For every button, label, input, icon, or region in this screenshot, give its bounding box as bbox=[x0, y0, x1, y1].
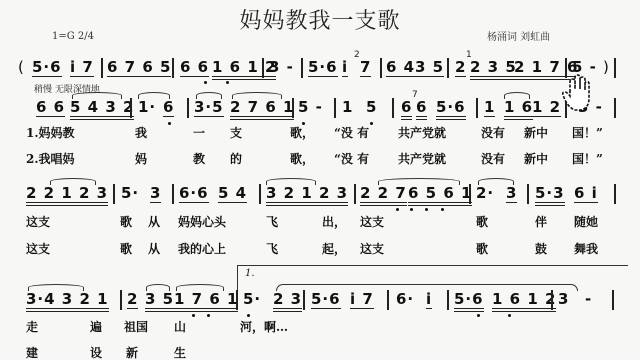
lyric: 歌， bbox=[290, 150, 314, 167]
lyric: 歌 bbox=[476, 240, 488, 257]
note-group: 2 bbox=[455, 58, 466, 77]
note-group: 5·6 bbox=[436, 98, 466, 120]
lyric: 随她 bbox=[574, 213, 598, 230]
lyric: 共产党就 bbox=[398, 150, 446, 167]
note: 3 bbox=[150, 184, 161, 203]
note: 5 bbox=[366, 98, 377, 116]
note-group: 5 - bbox=[298, 98, 323, 116]
close-paren: ) bbox=[603, 58, 610, 76]
lyric-line-v1: 1.妈妈教 bbox=[26, 124, 75, 141]
note-group: 5·6 bbox=[454, 290, 484, 312]
lyric: 2.我唱妈 bbox=[26, 150, 75, 167]
note-group: 2 3 5 bbox=[470, 58, 517, 80]
lyric: 起， bbox=[322, 240, 346, 257]
note-group: 5·3 bbox=[535, 184, 565, 206]
note-group: 3 2 1 2 3 bbox=[266, 184, 348, 206]
low-octave-dot bbox=[226, 81, 229, 84]
lyric: 这支 bbox=[26, 213, 50, 230]
note-group: 1 2 bbox=[532, 98, 561, 117]
low-octave-dot bbox=[425, 208, 428, 211]
note: 5· bbox=[121, 184, 139, 202]
note: 1 bbox=[342, 98, 353, 116]
barline bbox=[392, 98, 394, 118]
lyric: 新中 bbox=[524, 124, 548, 141]
low-octave-dot bbox=[247, 314, 250, 317]
barline bbox=[551, 290, 553, 310]
low-octave-dot bbox=[410, 208, 413, 211]
barline bbox=[101, 58, 103, 78]
barline bbox=[301, 58, 303, 78]
note: i bbox=[426, 290, 432, 309]
low-octave-dot bbox=[207, 314, 210, 317]
note-group: 3·4 3 2 1 bbox=[26, 290, 109, 312]
song-credits: 杨涌词 刘虹曲 bbox=[487, 28, 550, 43]
lyric: 新 bbox=[126, 344, 138, 360]
lyric: 祖国 bbox=[124, 318, 148, 335]
barline bbox=[113, 184, 115, 204]
lyric: 妈 bbox=[135, 150, 147, 167]
barline bbox=[334, 98, 336, 118]
volta-label: 1. bbox=[245, 268, 255, 279]
note-group: 7 bbox=[360, 58, 371, 77]
barline bbox=[172, 58, 174, 78]
lyric: “没 有 bbox=[334, 150, 369, 167]
note-group: i 7 bbox=[70, 58, 94, 77]
barline bbox=[354, 184, 356, 204]
low-octave-dot bbox=[192, 314, 195, 317]
lyric: 生 bbox=[174, 344, 186, 360]
barline bbox=[120, 290, 122, 310]
note-group: 1 6 1 2 bbox=[212, 58, 276, 80]
note-group: 6 bbox=[416, 98, 427, 120]
note-group: 6 6 bbox=[180, 58, 209, 77]
barline bbox=[292, 98, 294, 118]
lyric: 飞 bbox=[266, 213, 278, 230]
note: 3 bbox=[558, 290, 569, 308]
grace-note: 2 bbox=[354, 50, 360, 60]
note: - bbox=[585, 290, 592, 308]
lyric: 歌， bbox=[290, 124, 314, 141]
lyric: 走 bbox=[26, 318, 38, 335]
note-group: 5·6 bbox=[311, 290, 341, 309]
barline bbox=[130, 98, 132, 118]
low-octave-dot bbox=[441, 208, 444, 211]
lyric: 从 bbox=[148, 213, 160, 230]
score-line-4: 3·4 3 2 1 2 3 5 1 7 6 1 5· 2 3 5·6 i 7 6… bbox=[0, 290, 640, 312]
lyric: 我的心上 bbox=[178, 240, 226, 257]
note-group: i 7 bbox=[350, 290, 374, 309]
lyric: 一 bbox=[193, 124, 205, 141]
note-group: 5 4 3 2 bbox=[70, 98, 134, 120]
lyric: 建 bbox=[26, 344, 38, 360]
note-group: 6·6 bbox=[179, 184, 209, 203]
note-group: 1· bbox=[138, 98, 156, 116]
lyric: 共产党就 bbox=[398, 124, 446, 141]
barline bbox=[469, 184, 471, 204]
barline bbox=[476, 98, 478, 118]
barline bbox=[447, 290, 449, 310]
barline bbox=[187, 98, 189, 118]
note-group: 2 2 1 2 3 bbox=[26, 184, 108, 206]
lyric: 国！” bbox=[572, 124, 603, 141]
lyric: 歌 bbox=[120, 213, 132, 230]
lyric: 没有 bbox=[481, 124, 505, 141]
barline bbox=[236, 290, 238, 310]
lyric: 设 bbox=[90, 344, 102, 360]
barline bbox=[614, 98, 616, 118]
open-paren: ( bbox=[18, 58, 25, 76]
lyric: 我 bbox=[135, 124, 147, 141]
score-line-2: 6 6 5 4 3 2 1· 6 3·5 2 7 6 1 5 - 1 5 6 7… bbox=[0, 98, 640, 120]
lyric: 歌 bbox=[120, 240, 132, 257]
note-group: 1 6 bbox=[504, 98, 533, 120]
lyric: 歌 bbox=[476, 213, 488, 230]
lyric: 妈妈心头 bbox=[178, 213, 226, 230]
note: 6· bbox=[396, 290, 414, 308]
note-group: 6 5 6 1 bbox=[408, 184, 472, 206]
lyric: 遍 bbox=[90, 318, 102, 335]
note-group: i bbox=[342, 58, 348, 77]
note-group: 6 7 6 5 bbox=[107, 58, 171, 77]
lyric: 的 bbox=[230, 150, 242, 167]
note-group: 5·6 bbox=[32, 58, 62, 77]
lyric: 山 bbox=[174, 318, 186, 335]
lyric: 河，啊… bbox=[240, 318, 288, 335]
note-group: 1 bbox=[484, 98, 495, 117]
barline bbox=[614, 58, 616, 78]
note: 2· bbox=[476, 184, 494, 202]
barline bbox=[447, 58, 449, 78]
score-line-1: ( 5·6 i 7 6 7 6 5 6 6 1 6 1 2 3 - 5·6 i … bbox=[0, 58, 640, 80]
low-octave-dot bbox=[477, 314, 480, 317]
note-group: 6 4 bbox=[386, 58, 415, 77]
barline bbox=[262, 58, 264, 78]
low-octave-dot bbox=[508, 314, 511, 317]
barline bbox=[172, 184, 174, 204]
lyric: 这支 bbox=[26, 240, 50, 257]
note-group: 2 7 6 1 bbox=[230, 98, 294, 120]
lyric: 飞 bbox=[266, 240, 278, 257]
note: 5· bbox=[243, 290, 261, 308]
barline bbox=[303, 290, 305, 310]
note-group: 3 - bbox=[269, 58, 294, 76]
note-group: 5·6 bbox=[308, 58, 338, 77]
low-octave-dot bbox=[204, 81, 207, 84]
note: 2 bbox=[127, 290, 138, 309]
lyric: 1.妈妈教 bbox=[26, 126, 75, 140]
barline bbox=[527, 184, 529, 204]
barline bbox=[614, 184, 616, 204]
lyric: 舞我 bbox=[574, 240, 598, 257]
note-group: 3·5 bbox=[194, 98, 224, 117]
barline bbox=[612, 290, 614, 310]
note-group: 5 4 bbox=[218, 184, 247, 203]
note-group: 1 7 6 1 bbox=[174, 290, 238, 312]
note: 3 bbox=[506, 184, 517, 203]
lyric: 鼓 bbox=[535, 240, 547, 257]
note-group: 6 i bbox=[574, 184, 598, 203]
lyric: “没 有 bbox=[334, 124, 369, 141]
hand-pointer-icon bbox=[562, 74, 592, 114]
low-octave-dot bbox=[396, 208, 399, 211]
note-group: 6 bbox=[401, 98, 412, 120]
note-group: 1 6 1 2 bbox=[492, 290, 556, 312]
barline bbox=[259, 184, 261, 204]
lyric: 这支 bbox=[360, 240, 384, 257]
note-group: 3 5 bbox=[145, 290, 174, 312]
lyric: 伴 bbox=[535, 213, 547, 230]
barline bbox=[380, 58, 382, 78]
note-group: 2 3 bbox=[273, 290, 302, 312]
lyric: 没有 bbox=[481, 150, 505, 167]
lyric: 从 bbox=[148, 240, 160, 257]
lyric: 新中 bbox=[524, 150, 548, 167]
key-signature: 1=G 2/4 bbox=[52, 31, 94, 42]
note-group: 6 bbox=[163, 98, 174, 117]
score-line-3: 2 2 1 2 3 5· 3 6·6 5 4 3 2 1 2 3 2 2 7 6… bbox=[0, 184, 640, 206]
lyric: 这支 bbox=[360, 213, 384, 230]
lyric: 国！” bbox=[572, 150, 603, 167]
note-group: 6 6 bbox=[36, 98, 65, 117]
lyric: 出， bbox=[322, 213, 346, 230]
low-octave-dot bbox=[370, 122, 373, 125]
note-group: 3 5 bbox=[415, 58, 444, 77]
lyric: 支 bbox=[230, 124, 242, 141]
barline bbox=[387, 290, 389, 310]
note-group: 2 2 7 bbox=[360, 184, 407, 206]
lyric: 教 bbox=[193, 150, 205, 167]
low-octave-dot bbox=[168, 122, 171, 125]
